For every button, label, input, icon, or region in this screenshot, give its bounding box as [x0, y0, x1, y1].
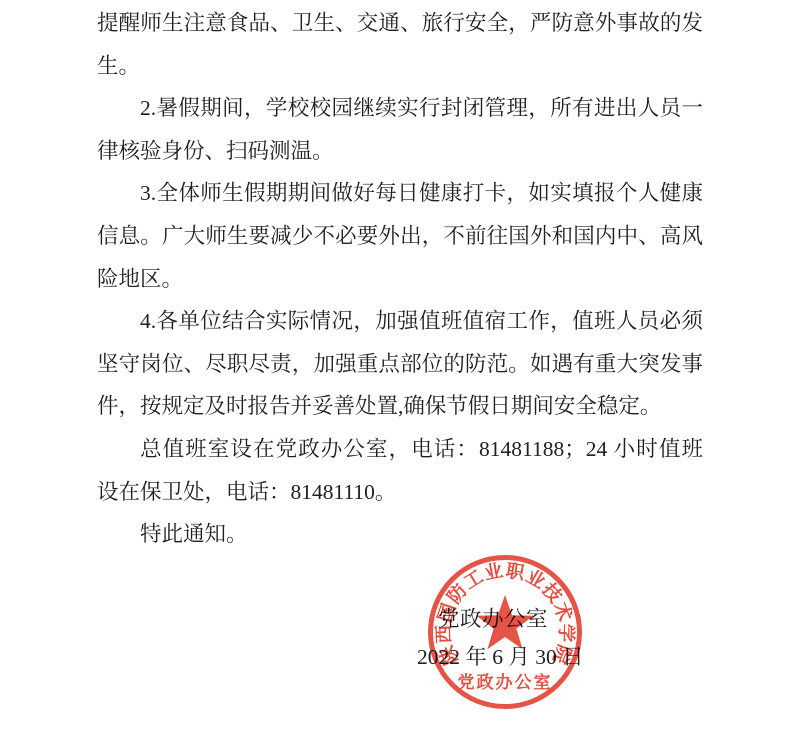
notice-line: 4.各单位结合实际情况，加强值班值宿工作，值班人员必须: [97, 300, 703, 343]
notice-line: 坚守岗位、尽职尽责，加强重点部位的防范。如遇有重大突发事: [97, 343, 703, 386]
notice-line: 提醒师生注意食品、卫生、交通、旅行安全，严防意外事故的发: [97, 2, 703, 45]
seal-ring: [431, 558, 580, 707]
signature-date: 2022 年 6 月 30 日: [417, 644, 584, 670]
notice-line: 2.暑假期间，学校校园继续实行封闭管理，所有进出人员一: [97, 87, 703, 130]
official-seal: 陕西国防工业职业技术学院 党政办公室: [405, 532, 605, 732]
notice-line: 律核验身份、扫码测温。: [97, 130, 703, 173]
notice-line: 生。: [97, 45, 703, 88]
notice-body: 提醒师生注意食品、卫生、交通、旅行安全，严防意外事故的发 生。 2.暑假期间，学…: [97, 2, 703, 556]
notice-line: 设在保卫处，电话：81481110。: [97, 471, 703, 514]
notice-line: 3.全体师生假期期间做好每日健康打卡，如实填报个人健康: [97, 172, 703, 215]
signature-department: 党政办公室: [438, 606, 548, 632]
notice-line: 总值班室设在党政办公室，电话：81481188；24 小时值班: [97, 428, 703, 471]
notice-line: 险地区。: [97, 258, 703, 301]
notice-line: 信息。广大师生要减少不必要外出，不前往国外和国内中、高风: [97, 215, 703, 258]
notice-document-page: 提醒师生注意食品、卫生、交通、旅行安全，严防意外事故的发 生。 2.暑假期间，学…: [0, 0, 791, 751]
notice-line: 件，按规定及时报告并妥善处置,确保节假日期间安全稳定。: [97, 385, 703, 428]
seal-bottom-text: 党政办公室: [458, 672, 553, 692]
notice-line: 特此通知。: [97, 513, 703, 556]
